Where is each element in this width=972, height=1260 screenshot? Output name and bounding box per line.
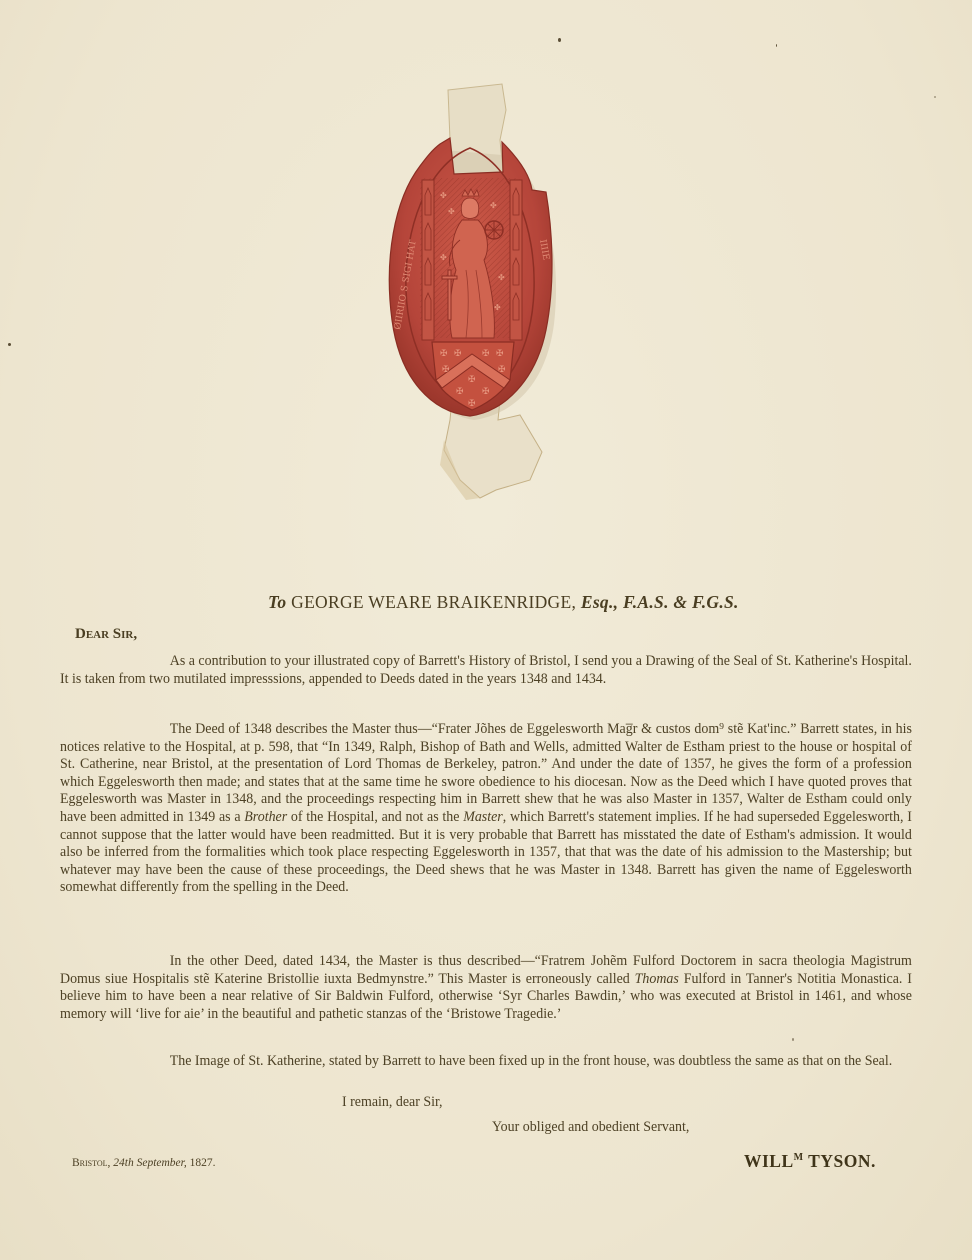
paragraph-2-part-b: of the Hospital, and not as the — [287, 809, 463, 825]
signature-superscript: M — [794, 1152, 804, 1163]
svg-text:✤: ✤ — [490, 201, 497, 210]
emphasis-master: Master — [463, 809, 503, 825]
svg-text:✤: ✤ — [440, 191, 447, 200]
closing-line-1: I remain, dear Sir, — [342, 1094, 443, 1111]
svg-text:✠: ✠ — [468, 375, 476, 385]
signature: WILLM TYSON. — [744, 1151, 876, 1172]
closing-line-2: Your obliged and obedient Servant, — [492, 1119, 689, 1136]
paragraph-4: The Image of St. Katherine, stated by Ba… — [60, 1053, 912, 1071]
svg-text:✠: ✠ — [482, 349, 490, 359]
svg-text:✠: ✠ — [482, 387, 490, 397]
dateline: Bristol, 24th September, 1827. — [72, 1157, 216, 1169]
paper-speck — [776, 44, 777, 47]
svg-text:✠: ✠ — [496, 349, 504, 359]
paper-speck — [558, 38, 561, 42]
paper-speck — [8, 343, 11, 346]
paragraph-1-text: As a contribution to your illustrated co… — [60, 653, 912, 688]
addressee-line: To GEORGE WEARE BRAIKENRIDGE, Esq., F.A.… — [268, 592, 808, 613]
emphasis-brother: Brother — [244, 809, 287, 825]
salutation: Dear Sir, — [75, 626, 137, 643]
svg-text:✠: ✠ — [468, 399, 476, 409]
svg-text:✤: ✤ — [440, 253, 447, 262]
svg-text:✠: ✠ — [498, 365, 506, 375]
signature-first: WILL — [744, 1151, 794, 1171]
svg-text:✤: ✤ — [448, 207, 455, 216]
paragraph-3: In the other Deed, dated 1434, the Maste… — [60, 953, 912, 1023]
addressee-prefix: To — [268, 592, 286, 612]
svg-text:✠: ✠ — [440, 349, 448, 359]
paragraph-1: As a contribution to your illustrated co… — [60, 653, 912, 688]
svg-text:✠: ✠ — [442, 365, 450, 375]
addressee-name: GEORGE WEARE BRAIKENRIDGE, — [291, 592, 576, 612]
emphasis-thomas: Thomas — [635, 971, 679, 987]
seal-illustration: ØIIRIIO S SIGI HAT IIIIE — [370, 80, 590, 500]
paragraph-4-text: The Image of St. Katherine, stated by Ba… — [60, 1053, 912, 1071]
paragraph-2-text: The Deed of 1348 describes the Master th… — [60, 721, 912, 897]
dateline-date: 24th September, — [113, 1157, 186, 1169]
paragraph-2: The Deed of 1348 describes the Master th… — [60, 721, 912, 897]
dateline-place: Bristol, — [72, 1157, 110, 1169]
paragraph-3-text: In the other Deed, dated 1434, the Maste… — [60, 953, 912, 1023]
paper-page: ØIIRIIO S SIGI HAT IIIIE — [0, 0, 972, 1260]
dateline-year: 1827. — [190, 1157, 216, 1169]
paper-speck — [934, 96, 936, 98]
paper-speck — [792, 1038, 794, 1041]
addressee-titles: F.A.S. & F.G.S. — [623, 592, 739, 612]
svg-text:✤: ✤ — [494, 303, 501, 312]
addressee-esq: Esq., — [581, 592, 618, 612]
svg-text:✠: ✠ — [454, 349, 462, 359]
signature-last: TYSON. — [804, 1151, 876, 1171]
svg-text:✤: ✤ — [498, 273, 505, 282]
svg-text:✠: ✠ — [456, 387, 464, 397]
seal-drawing: ØIIRIIO S SIGI HAT IIIIE — [370, 80, 590, 500]
